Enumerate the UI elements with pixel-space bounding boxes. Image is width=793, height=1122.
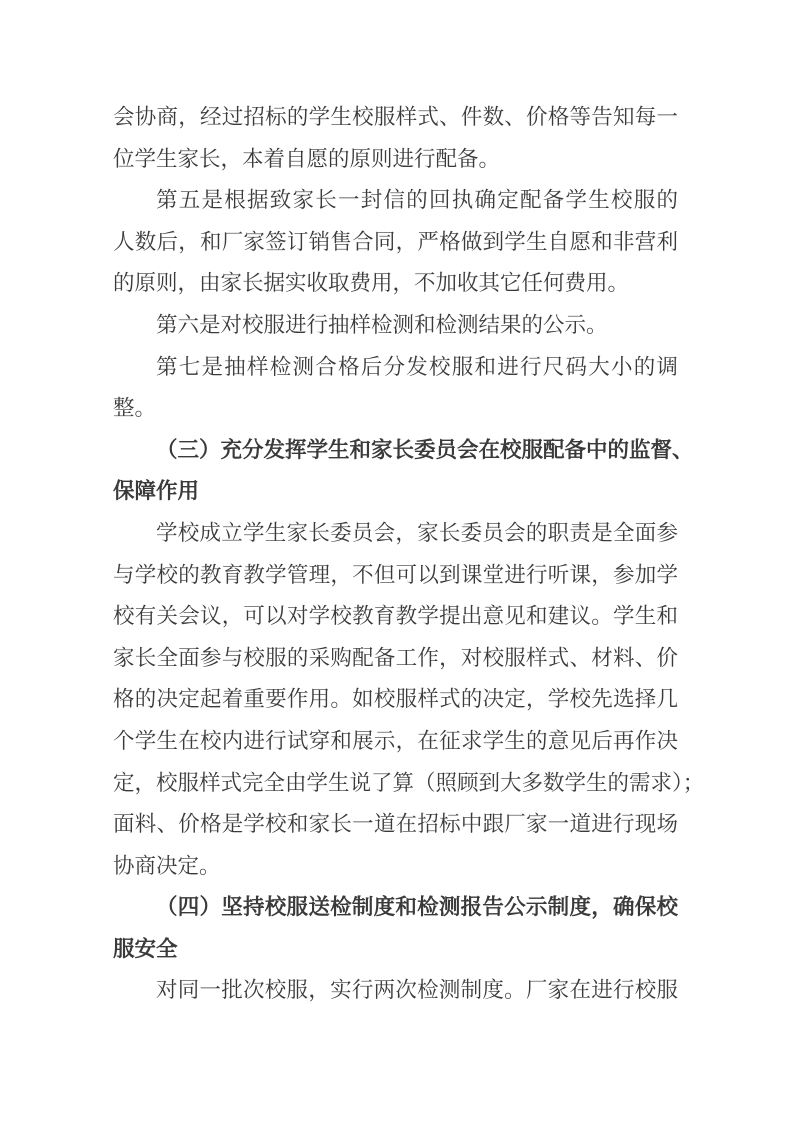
paragraph: 第七是抽样检测合格后分发校服和进行尺码大小的调整。 xyxy=(113,347,678,430)
paragraph: 第五是根据致家长一封信的回执确定配备学生校服的人数后，和厂家签订销售合同，严格做… xyxy=(113,180,678,305)
text-line: 与学校的教育教学管理，不但可以到课堂进行听课，参加学 xyxy=(113,555,678,597)
text-line: 面料、价格是学校和家长一道在招标中跟厂家一道进行现场 xyxy=(113,804,678,846)
text-line: 整。 xyxy=(113,388,678,430)
text-line: 协商决定。 xyxy=(113,846,678,888)
text-line: 家长全面参与校服的采购配备工作，对校服样式、材料、价 xyxy=(113,638,678,680)
text-line: 第六是对校服进行抽样检测和检测结果的公示。 xyxy=(113,305,678,347)
section-heading: （三）充分发挥学生和家长委员会在校服配备中的监督、保障作用 xyxy=(113,430,678,513)
section-heading: （四）坚持校服送检制度和检测报告公示制度，确保校服安全 xyxy=(113,887,678,970)
text-line: 格的决定起着重要作用。如校服样式的决定，学校先选择几 xyxy=(113,679,678,721)
text-line: 保障作用 xyxy=(113,471,678,513)
paragraph: 第六是对校服进行抽样检测和检测结果的公示。 xyxy=(113,305,678,347)
text-line: 个学生在校内进行试穿和展示，在征求学生的意见后再作决 xyxy=(113,721,678,763)
text-line: 位学生家长，本着自愿的原则进行配备。 xyxy=(113,139,678,181)
text-line: 第七是抽样检测合格后分发校服和进行尺码大小的调 xyxy=(113,347,678,389)
paragraph: 学校成立学生家长委员会，家长委员会的职责是全面参与学校的教育教学管理，不但可以到… xyxy=(113,513,678,887)
text-line: 服安全 xyxy=(113,929,678,971)
text-line: （四）坚持校服送检制度和检测报告公示制度，确保校 xyxy=(113,887,678,929)
text-line: 校有关会议，可以对学校教育教学提出意见和建议。学生和 xyxy=(113,596,678,638)
text-line: 对同一批次校服，实行两次检测制度。厂家在进行校服 xyxy=(113,970,678,1012)
paragraph: 对同一批次校服，实行两次检测制度。厂家在进行校服 xyxy=(113,970,678,1012)
text-line: 学校成立学生家长委员会，家长委员会的职责是全面参 xyxy=(113,513,678,555)
document-content: 会协商，经过招标的学生校服样式、件数、价格等告知每一位学生家长，本着自愿的原则进… xyxy=(113,97,678,1012)
paragraph: 会协商，经过招标的学生校服样式、件数、价格等告知每一位学生家长，本着自愿的原则进… xyxy=(113,97,678,180)
text-line: （三）充分发挥学生和家长委员会在校服配备中的监督、 xyxy=(113,430,678,472)
text-line: 第五是根据致家长一封信的回执确定配备学生校服的 xyxy=(113,180,678,222)
text-line: 会协商，经过招标的学生校服样式、件数、价格等告知每一 xyxy=(113,97,678,139)
text-line: 定，校服样式完全由学生说了算（照顾到大多数学生的需求）； xyxy=(113,763,678,805)
text-line: 的原则，由家长据实收取费用，不加收其它任何费用。 xyxy=(113,263,678,305)
text-line: 人数后，和厂家签订销售合同，严格做到学生自愿和非营利 xyxy=(113,222,678,264)
document-page: 会协商，经过招标的学生校服样式、件数、价格等告知每一位学生家长，本着自愿的原则进… xyxy=(0,0,793,1122)
